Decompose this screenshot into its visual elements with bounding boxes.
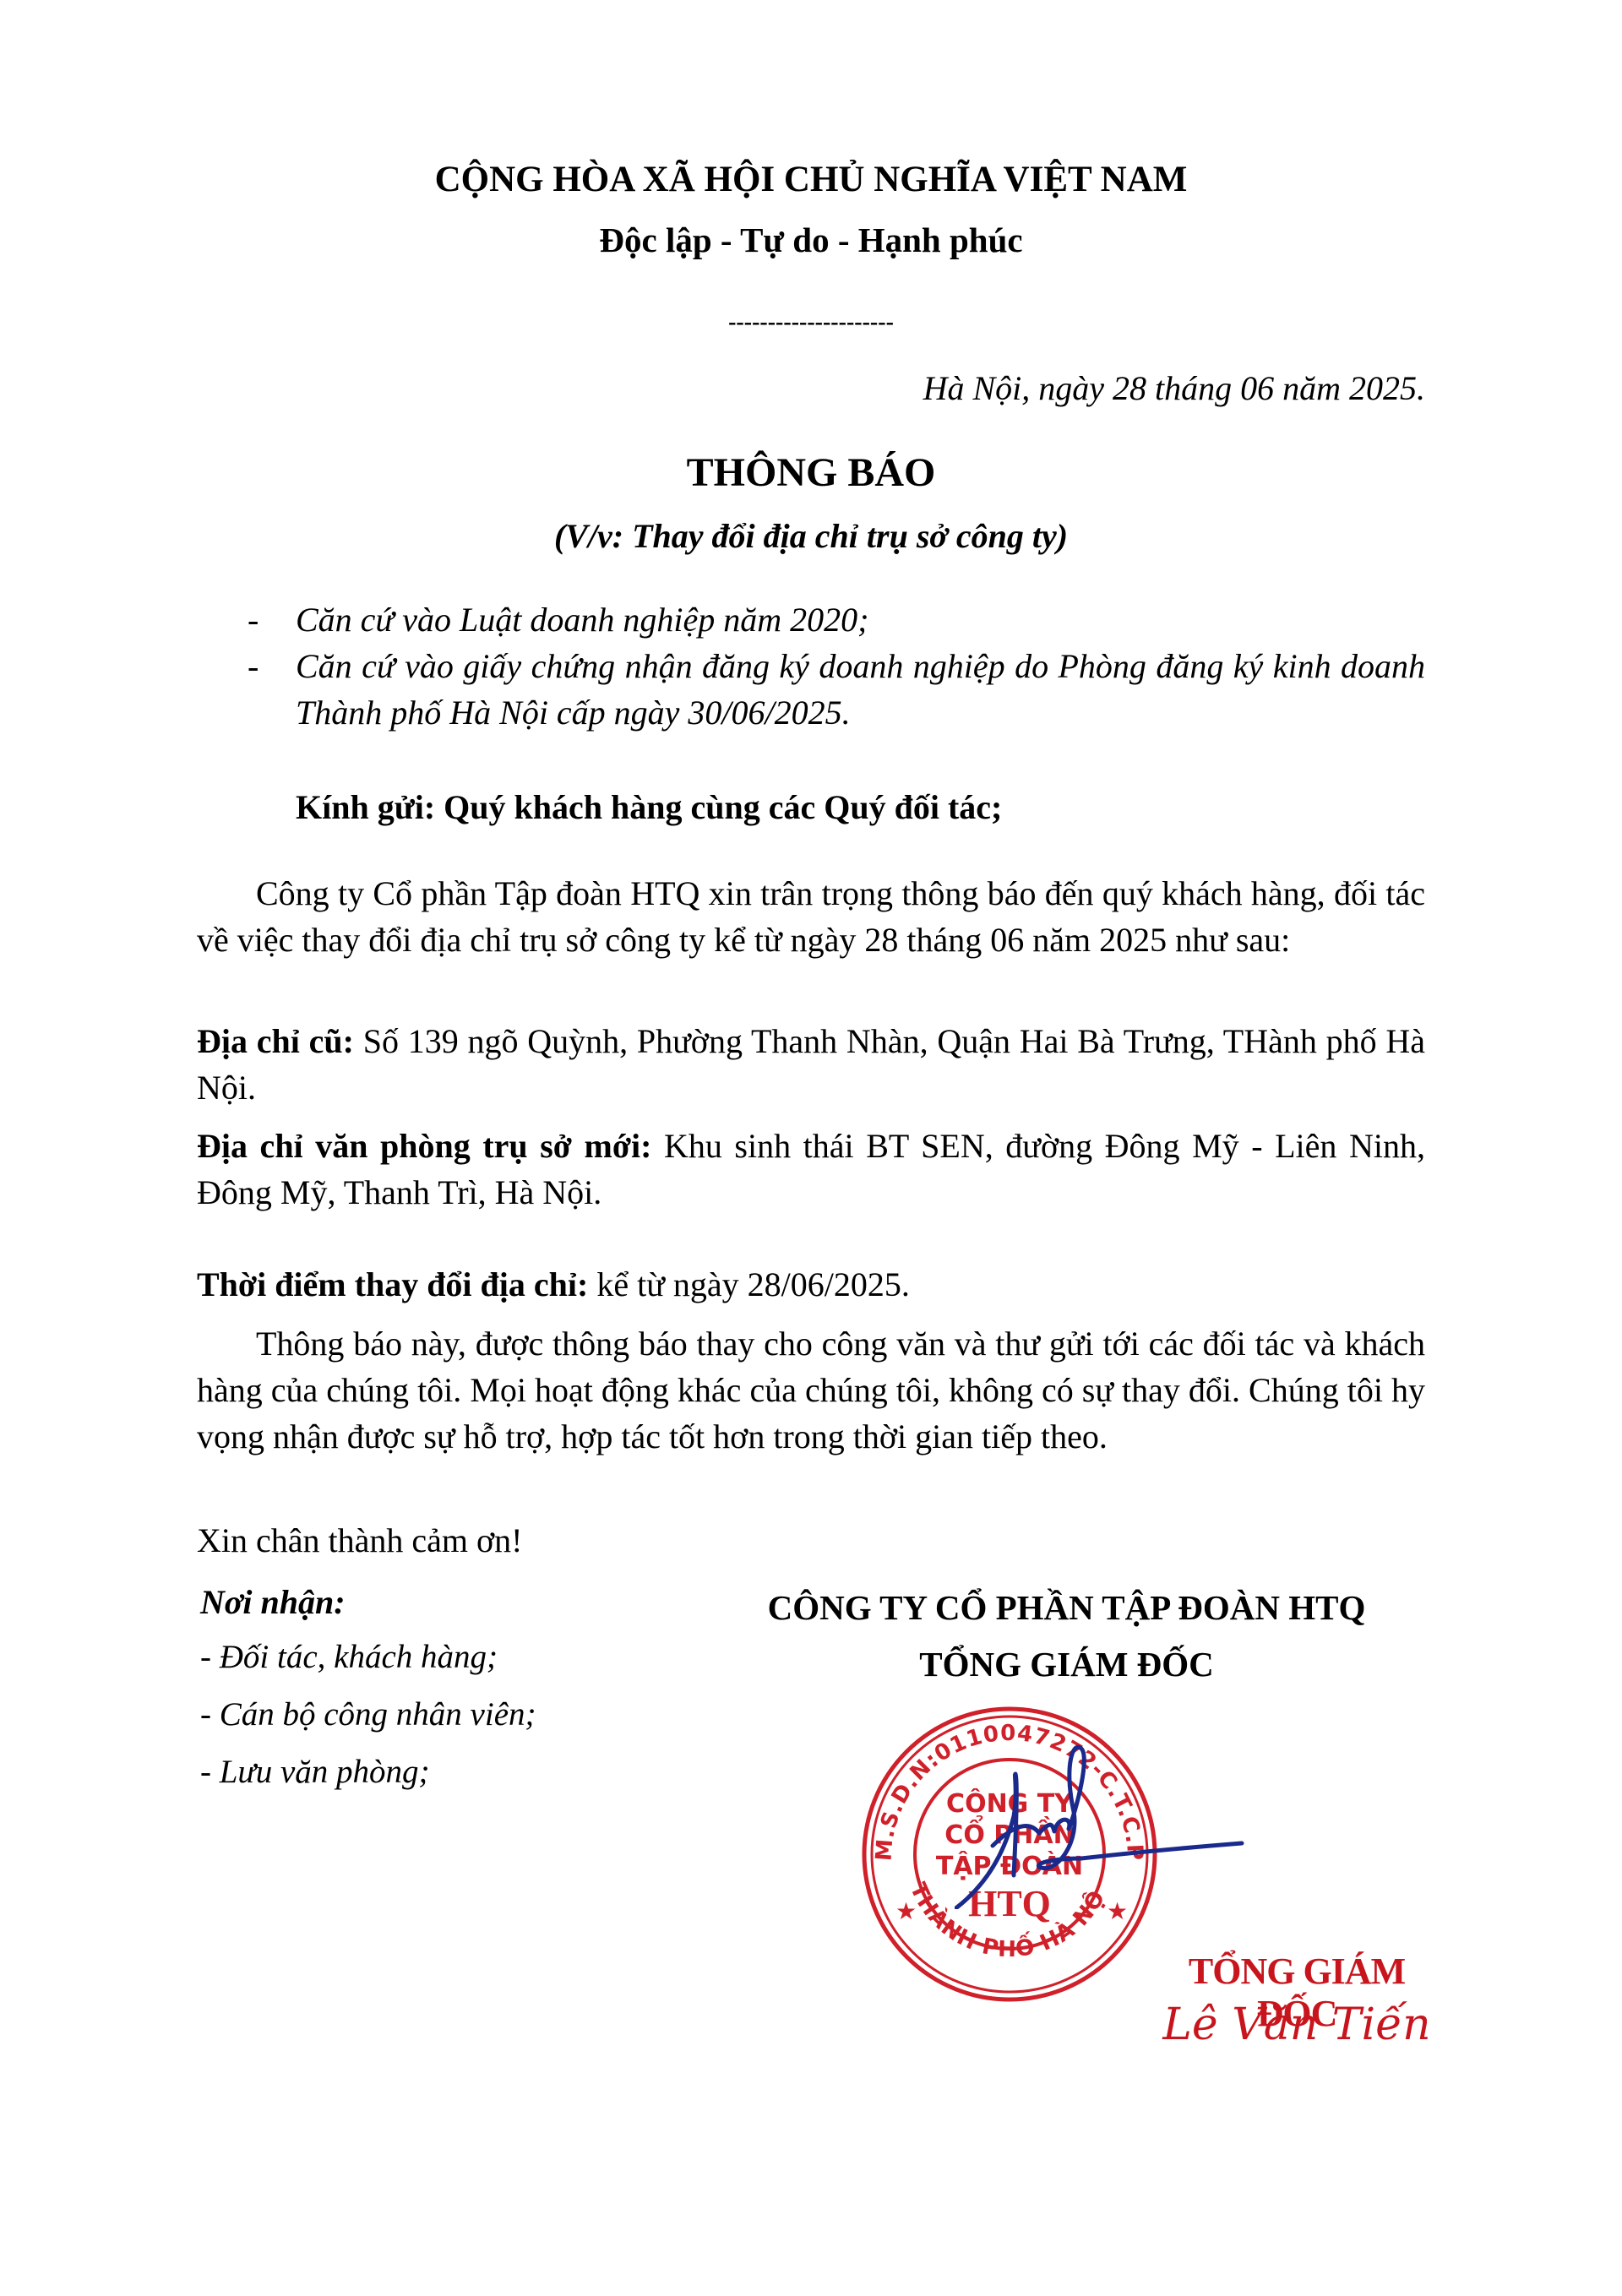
old-address: Địa chỉ cũ: Số 139 ngõ Quỳnh, Phường Tha…: [197, 1018, 1425, 1111]
dash-bullet: -: [248, 596, 259, 643]
new-address-label: Địa chỉ văn phòng trụ sở mới:: [197, 1127, 651, 1165]
thanks-line: Xin chân thành cảm ơn!: [197, 1517, 1425, 1564]
date-line: Hà Nội, ngày 28 tháng 06 năm 2025.: [923, 365, 1425, 411]
signer-name: Lê Văn Tiến: [1140, 1998, 1453, 2052]
national-title: CỘNG HÒA XÃ HỘI CHỦ NGHĨA VIỆT NAM: [0, 157, 1622, 203]
legal-basis-item: - Căn cứ vào giấy chứng nhận đăng ký doa…: [197, 643, 1425, 736]
old-address-value: Số 139 ngõ Quỳnh, Phường Thanh Nhàn, Quậ…: [197, 1022, 1425, 1107]
document-title: THÔNG BÁO: [0, 448, 1622, 498]
legal-basis-text: Căn cứ vào giấy chứng nhận đăng ký doanh…: [296, 647, 1425, 732]
handwritten-signature-icon: [955, 1740, 1259, 1909]
old-address-label: Địa chỉ cũ:: [197, 1022, 354, 1060]
national-motto: Độc lập - Tự do - Hạnh phúc: [0, 217, 1622, 263]
header-divider: ---------------------: [0, 309, 1622, 336]
change-time-value: kể từ ngày 28/06/2025.: [588, 1265, 910, 1303]
dash-bullet: -: [248, 643, 259, 689]
svg-text:★: ★: [895, 1897, 917, 1925]
recipient-item: - Cán bộ công nhân viên;: [200, 1686, 536, 1744]
change-time: Thời điểm thay đổi địa chỉ: kể từ ngày 2…: [197, 1261, 1425, 1308]
new-address: Địa chỉ văn phòng trụ sở mới: Khu sinh t…: [197, 1123, 1425, 1216]
document-subject: (V/v: Thay đổi địa chỉ trụ sở công ty): [0, 513, 1622, 559]
legal-basis-list: - Căn cứ vào Luật doanh nghiệp năm 2020;…: [197, 596, 1425, 736]
closing-paragraph: Thông báo này, được thông báo thay cho c…: [197, 1320, 1425, 1460]
intro-paragraph: Công ty Cổ phần Tập đoàn HTQ xin trân tr…: [197, 870, 1425, 963]
recipients-block: Nơi nhận: - Đối tác, khách hàng; - Cán b…: [200, 1576, 536, 1801]
legal-basis-text: Căn cứ vào Luật doanh nghiệp năm 2020;: [296, 601, 868, 639]
salutation: Kính gửi: Quý khách hàng cùng các Quý đố…: [296, 784, 1002, 830]
legal-basis-item: - Căn cứ vào Luật doanh nghiệp năm 2020;: [197, 596, 1425, 643]
change-time-label: Thời điểm thay đổi địa chỉ:: [197, 1265, 588, 1303]
recipients-heading: Nơi nhận:: [200, 1576, 536, 1629]
recipient-item: - Đối tác, khách hàng;: [200, 1629, 536, 1686]
company-name: CÔNG TY CỔ PHẦN TẬP ĐOÀN HTQ: [727, 1585, 1407, 1630]
recipient-item: - Lưu văn phòng;: [200, 1744, 536, 1801]
signer-title: TỔNG GIÁM ĐỐC: [727, 1641, 1407, 1687]
